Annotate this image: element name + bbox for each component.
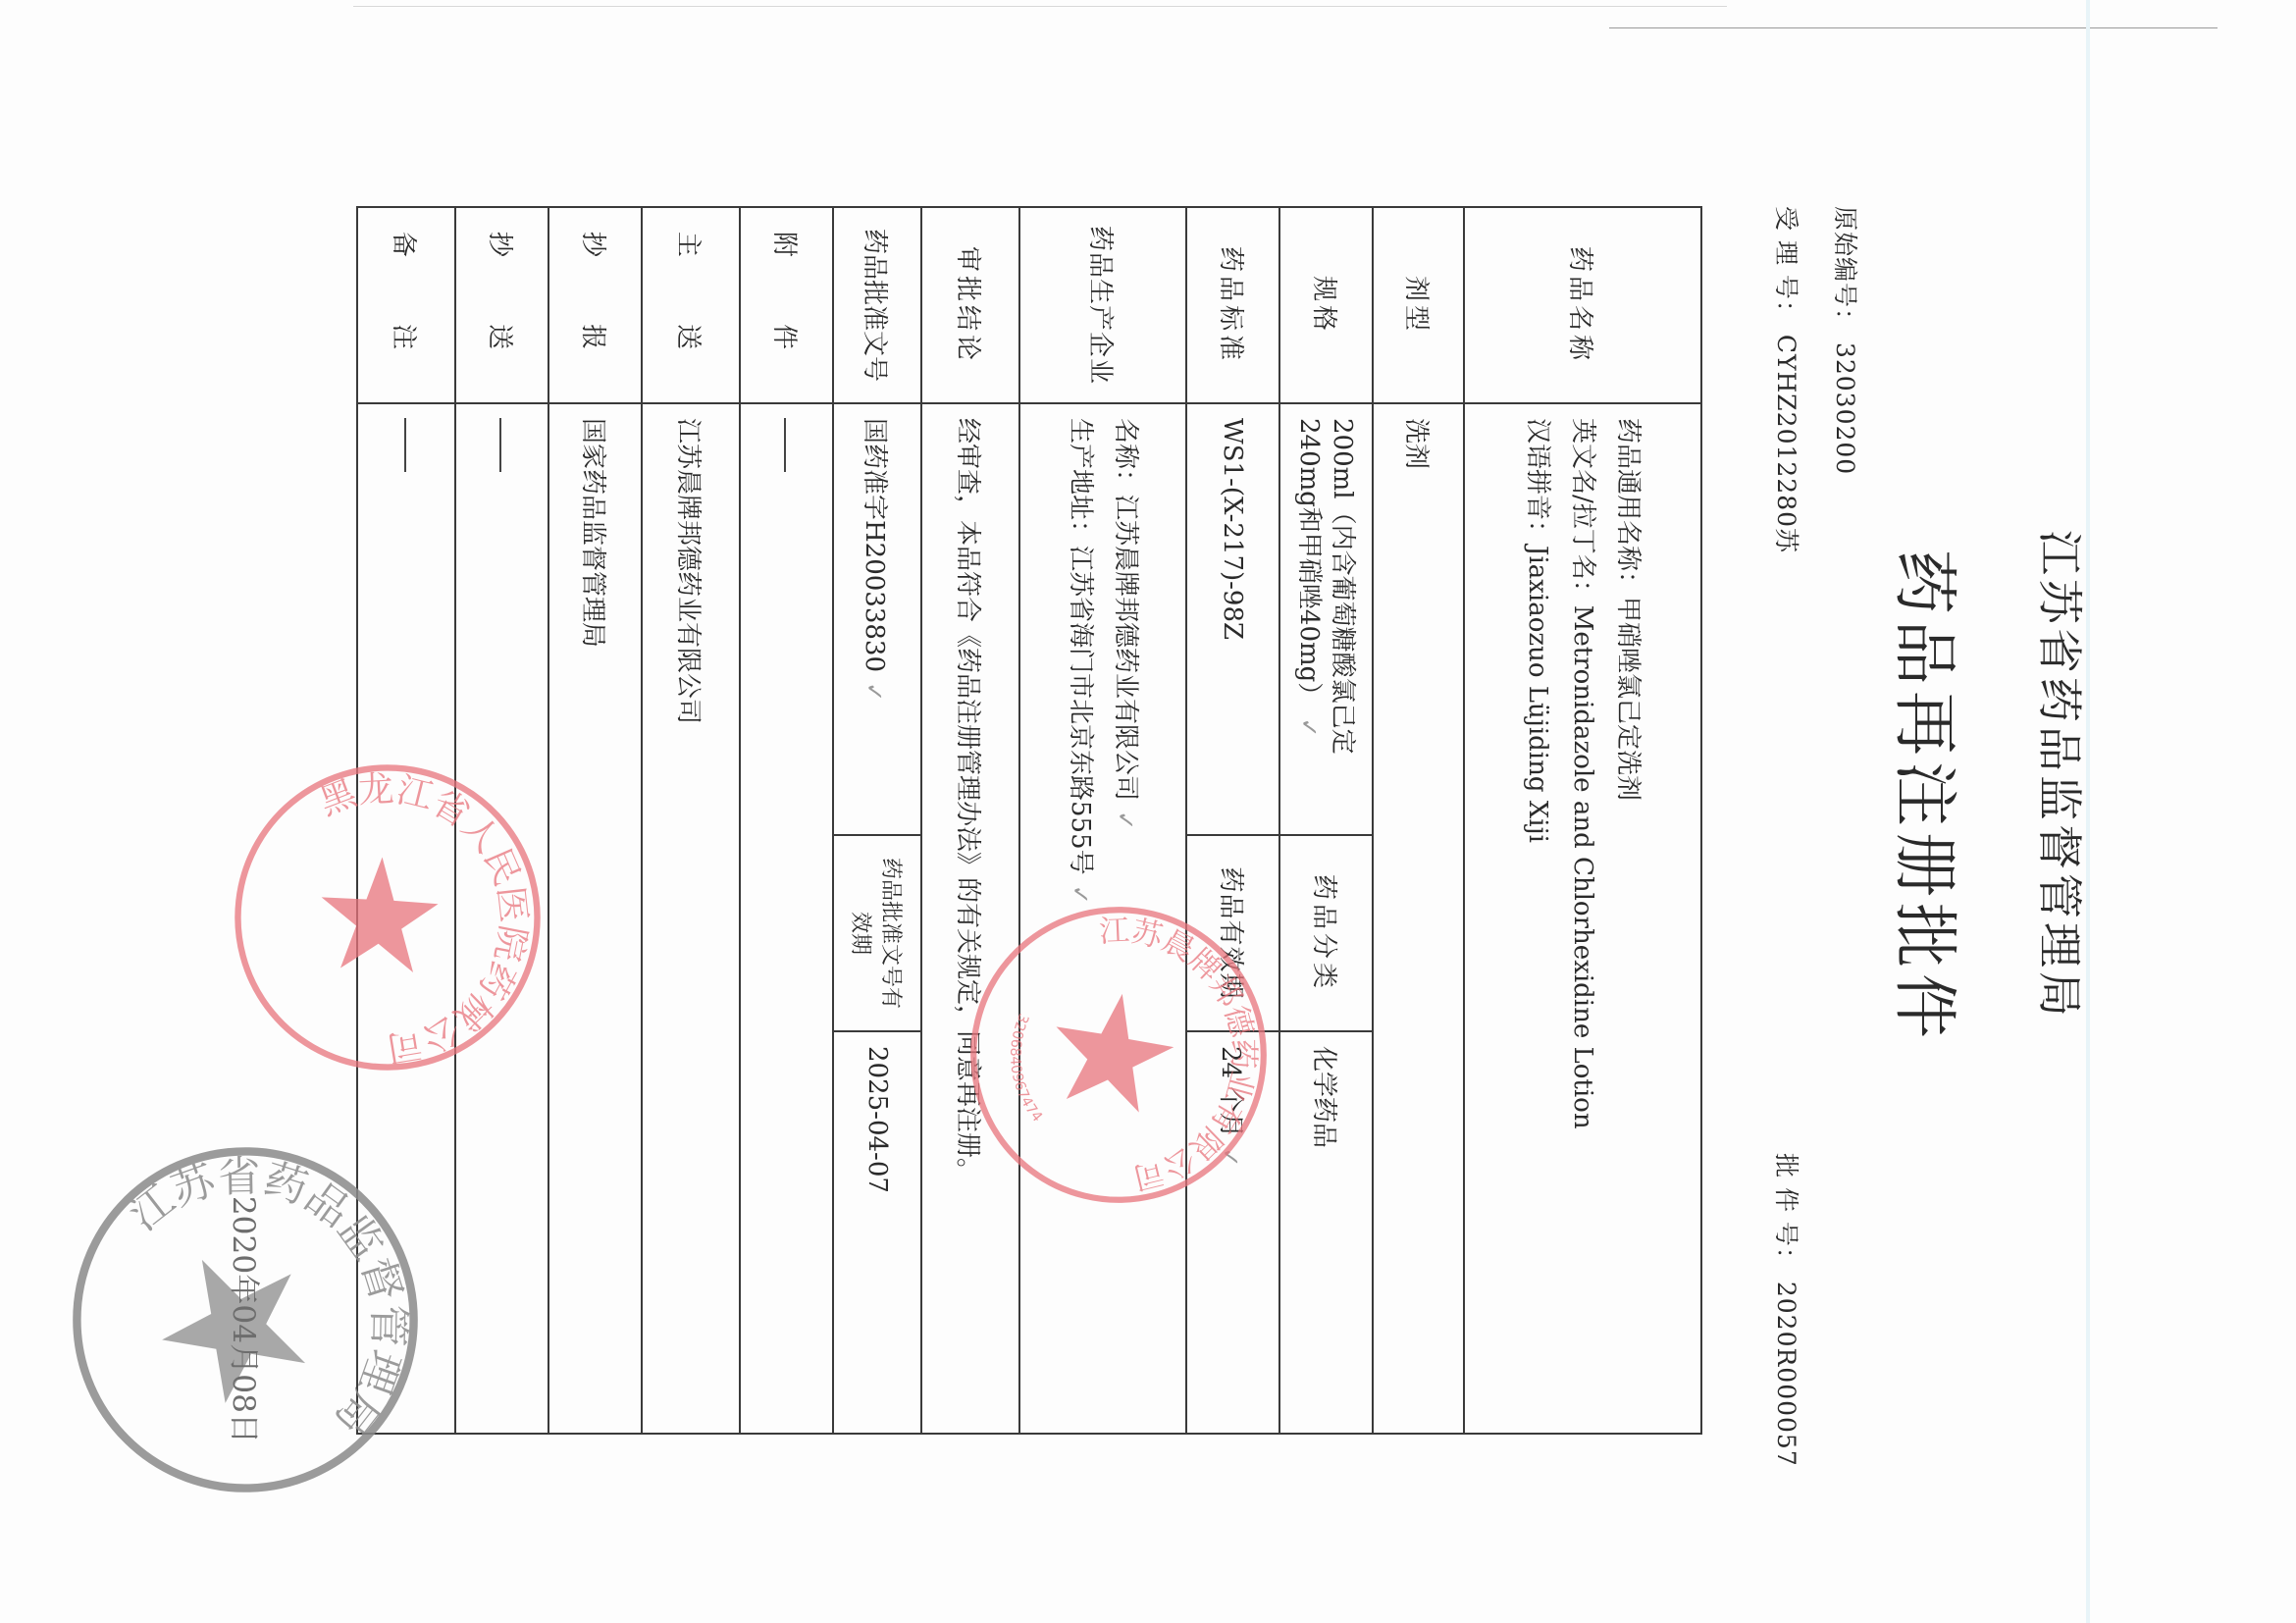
issuer-heading: 江苏省药品监督管理局 [2030, 530, 2095, 1021]
table-row: 规格 200ml（内含葡萄糖酸氯己定 240mg和甲硝唑40mg）✓ 药品分类 … [1279, 207, 1373, 1434]
seal-date: 2020年04月08日 [226, 1196, 261, 1443]
table-row: 剂型 洗剂 [1373, 207, 1464, 1434]
drug-name-label: 药品名称 [1464, 207, 1701, 403]
manufacturer-label: 药品生产企业 [1019, 207, 1186, 403]
table-row: 药品标准 WS1-(X-217)-98Z 药品有效期 24 个月✓ [1186, 207, 1279, 1434]
acceptance-number-value: CYHZ2012280苏 [1772, 335, 1800, 553]
drug-category-value: 化学药品 [1279, 1031, 1373, 1434]
batch-number-value: 2020R000057 [1772, 1282, 1800, 1467]
generic-name: 药品通用名称：甲硝唑氯己定洗剂 [1605, 418, 1650, 1419]
approval-validity-label: 药品批准文号有效期 [833, 835, 921, 1031]
table-row: 药品名称 药品通用名称：甲硝唑氯己定洗剂 英文名/拉丁名：Metronidazo… [1464, 207, 1701, 1434]
report-to-value: 国家药品监督管理局 [548, 403, 642, 1434]
check-mark-icon: ✓ [1067, 885, 1094, 905]
dosage-form-value: 洗剂 [1373, 403, 1464, 1434]
original-number-label: 原始编号： [1831, 206, 1859, 334]
approval-document-page: 江苏省药品监督管理局 药品再注册批件 原始编号： 32030200 受 理 号：… [0, 0, 2296, 1623]
drug-name-cell: 药品通用名称：甲硝唑氯己定洗剂 英文名/拉丁名：Metronidazole an… [1464, 403, 1701, 1434]
standard-value: WS1-(X-217)-98Z [1186, 403, 1279, 835]
original-number-value: 32030200 [1831, 342, 1859, 475]
attachment-label: 附 件 [740, 207, 833, 403]
attachment-value [740, 403, 833, 1434]
report-to-label: 抄 报 [548, 207, 642, 403]
generic-name-value: 甲硝唑氯己定洗剂 [1613, 597, 1643, 801]
standard-label: 药品标准 [1186, 207, 1279, 403]
specification-value: 200ml（内含葡萄糖酸氯己定 240mg和甲硝唑40mg）✓ [1279, 403, 1373, 835]
english-name: 英文名/拉丁名：Metronidazole and Chlorhexidine … [1560, 418, 1605, 1419]
table-row: 药品批准文号 国药准字H20033830✓ 药品批准文号有效期 2025-04-… [833, 207, 921, 1434]
manufacturer-name-value: 江苏晨牌邦德药业有限公司 [1111, 495, 1140, 801]
check-mark-icon: ✓ [1112, 811, 1139, 830]
approval-validity-value: 2025-04-07 [833, 1031, 921, 1434]
conclusion-label: 审批结论 [921, 207, 1019, 403]
approval-number-label: 药品批准文号 [833, 207, 921, 403]
table-row: 抄 报 国家药品监督管理局 [548, 207, 642, 1434]
dosage-form-label: 剂型 [1373, 207, 1464, 403]
check-mark-icon: ✓ [1296, 717, 1324, 737]
pinyin-name-value: Jiaxiaozuo Lüjiding Xiji [1523, 546, 1552, 843]
original-number: 原始编号： 32030200 [1829, 206, 1864, 475]
check-mark-icon: ✓ [861, 682, 889, 702]
table-row: 药品生产企业 名称：江苏晨牌邦德药业有限公司✓ 生产地址：江苏省海门市北京东路5… [1019, 207, 1186, 1434]
company-seal: 江苏晨牌邦德药业有限公司 3206840967474 [947, 883, 1290, 1227]
svg-text:3206840967474: 3206840967474 [1000, 1009, 1046, 1127]
remarks-label: 备 注 [357, 207, 455, 403]
batch-number: 批 件 号： 2020R000057 [1770, 1153, 1805, 1467]
document-title: 药品再注册批件 [1884, 550, 1977, 1044]
copy-to-label: 抄 送 [455, 207, 548, 403]
main-recipient-label: 主 送 [642, 207, 740, 403]
specification-label: 规格 [1279, 207, 1373, 403]
manufacturer-address-value: 江苏省海门市北京东路555号 [1066, 546, 1095, 875]
table-row: 审批结论 经审查，本品符合《药品注册管理办法》的有关规定，同意再注册。 [921, 207, 1019, 1434]
table-row: 附 件 [740, 207, 833, 1434]
table-row: 主 送 江苏晨牌邦德药业有限公司 [642, 207, 740, 1434]
acceptance-number-label: 受 理 号： [1772, 206, 1800, 326]
drug-category-label: 药品分类 [1279, 835, 1373, 1031]
approval-number-value: 国药准字H20033830✓ [833, 403, 921, 835]
approval-table: 药品名称 药品通用名称：甲硝唑氯己定洗剂 英文名/拉丁名：Metronidazo… [356, 206, 1702, 1435]
english-name-value: Metronidazole and Chlorhexidine Lotion [1568, 605, 1597, 1129]
seal-star-icon: 江苏晨牌邦德药业有限公司 3206840967474 [947, 883, 1290, 1227]
batch-number-label: 批 件 号： [1772, 1153, 1800, 1273]
main-recipient-value: 江苏晨牌邦德药业有限公司 [642, 403, 740, 1434]
pinyin-name: 汉语拼音：Jiaxiaozuo Lüjiding Xiji [1515, 418, 1560, 1419]
acceptance-number: 受 理 号： CYHZ2012280苏 [1770, 206, 1805, 553]
